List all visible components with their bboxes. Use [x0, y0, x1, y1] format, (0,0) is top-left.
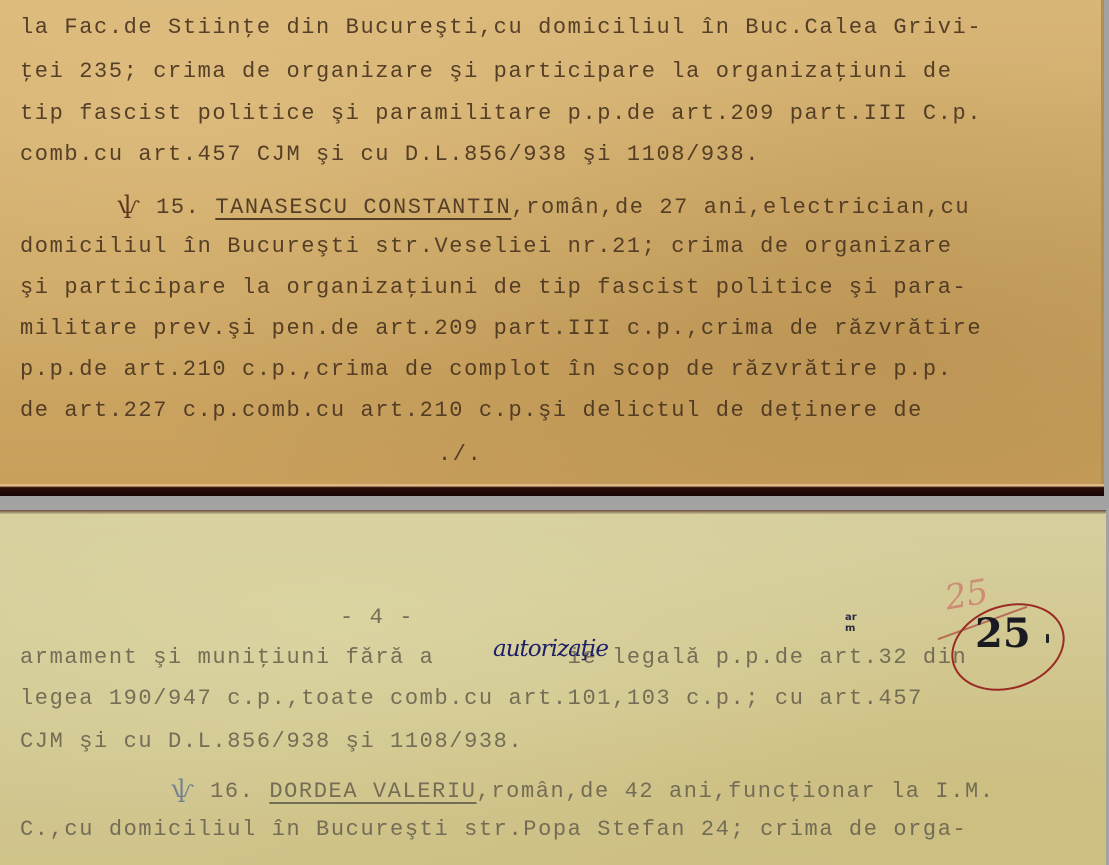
marginal-stamp: ar m	[845, 612, 857, 634]
text-line: C.,cu domiciliul în Bucureşti str.Popa S…	[20, 815, 967, 845]
text-line: p.p.de art.210 c.p.,crima de complot în …	[20, 355, 953, 385]
entry-name: DORDEA VALERIU	[269, 779, 476, 804]
text-line: comb.cu art.457 CJM şi cu D.L.856/938 şi…	[20, 140, 760, 170]
text-line: la Fac.de Stiinţe din Bucureşti,cu domic…	[20, 13, 982, 43]
entry-number: 15.	[156, 195, 200, 220]
page-edge	[0, 484, 1104, 496]
text-line: CJM şi cu D.L.856/938 şi 1108/938.	[20, 727, 523, 757]
page-number: - 4 -	[340, 603, 414, 633]
ink-mark	[1046, 634, 1049, 643]
text-line: legea 190/947 c.p.,toate comb.cu art.101…	[20, 684, 923, 714]
entry-16-heading: ѱ 16. DORDEA VALERIU,român,de 42 ani,fun…	[172, 774, 995, 807]
text-line: domiciliul în Bucureşti str.Veseliei nr.…	[20, 232, 953, 262]
folio-number: 25	[975, 610, 1031, 657]
page-edge	[0, 510, 1106, 514]
entry-15-heading: ѱ 15. TANASESCU CONSTANTIN,român,de 27 a…	[118, 190, 970, 223]
page-edge	[1101, 0, 1104, 496]
handwritten-correction: autorizaţie	[493, 636, 608, 662]
document-page-top: la Fac.de Stiinţe din Bucureşti,cu domic…	[0, 0, 1104, 496]
text-line: şi participare la organizaţiuni de tip f…	[20, 273, 967, 303]
text-line: tip fascist politice şi paramilitare p.p…	[20, 99, 982, 129]
stamp-text: ar m	[845, 612, 857, 634]
entry-marker-icon: ѱ	[118, 191, 141, 219]
entry-details: ,român,de 42 ani,funcţionar la I.M.	[477, 779, 995, 804]
entry-name: TANASESCU CONSTANTIN	[215, 195, 511, 220]
entry-number: 16.	[210, 779, 254, 804]
continuation-mark: ./.	[438, 440, 482, 470]
text-line: ţei 235; crima de organizare şi particip…	[20, 57, 953, 87]
text-line: militare prev.şi pen.de art.209 part.III…	[20, 314, 982, 344]
entry-details: ,român,de 27 ani,electrician,cu	[511, 195, 970, 220]
entry-marker-icon: ѱ	[172, 775, 195, 803]
text-line: de art.227 c.p.comb.cu art.210 c.p.şi de…	[20, 396, 923, 426]
